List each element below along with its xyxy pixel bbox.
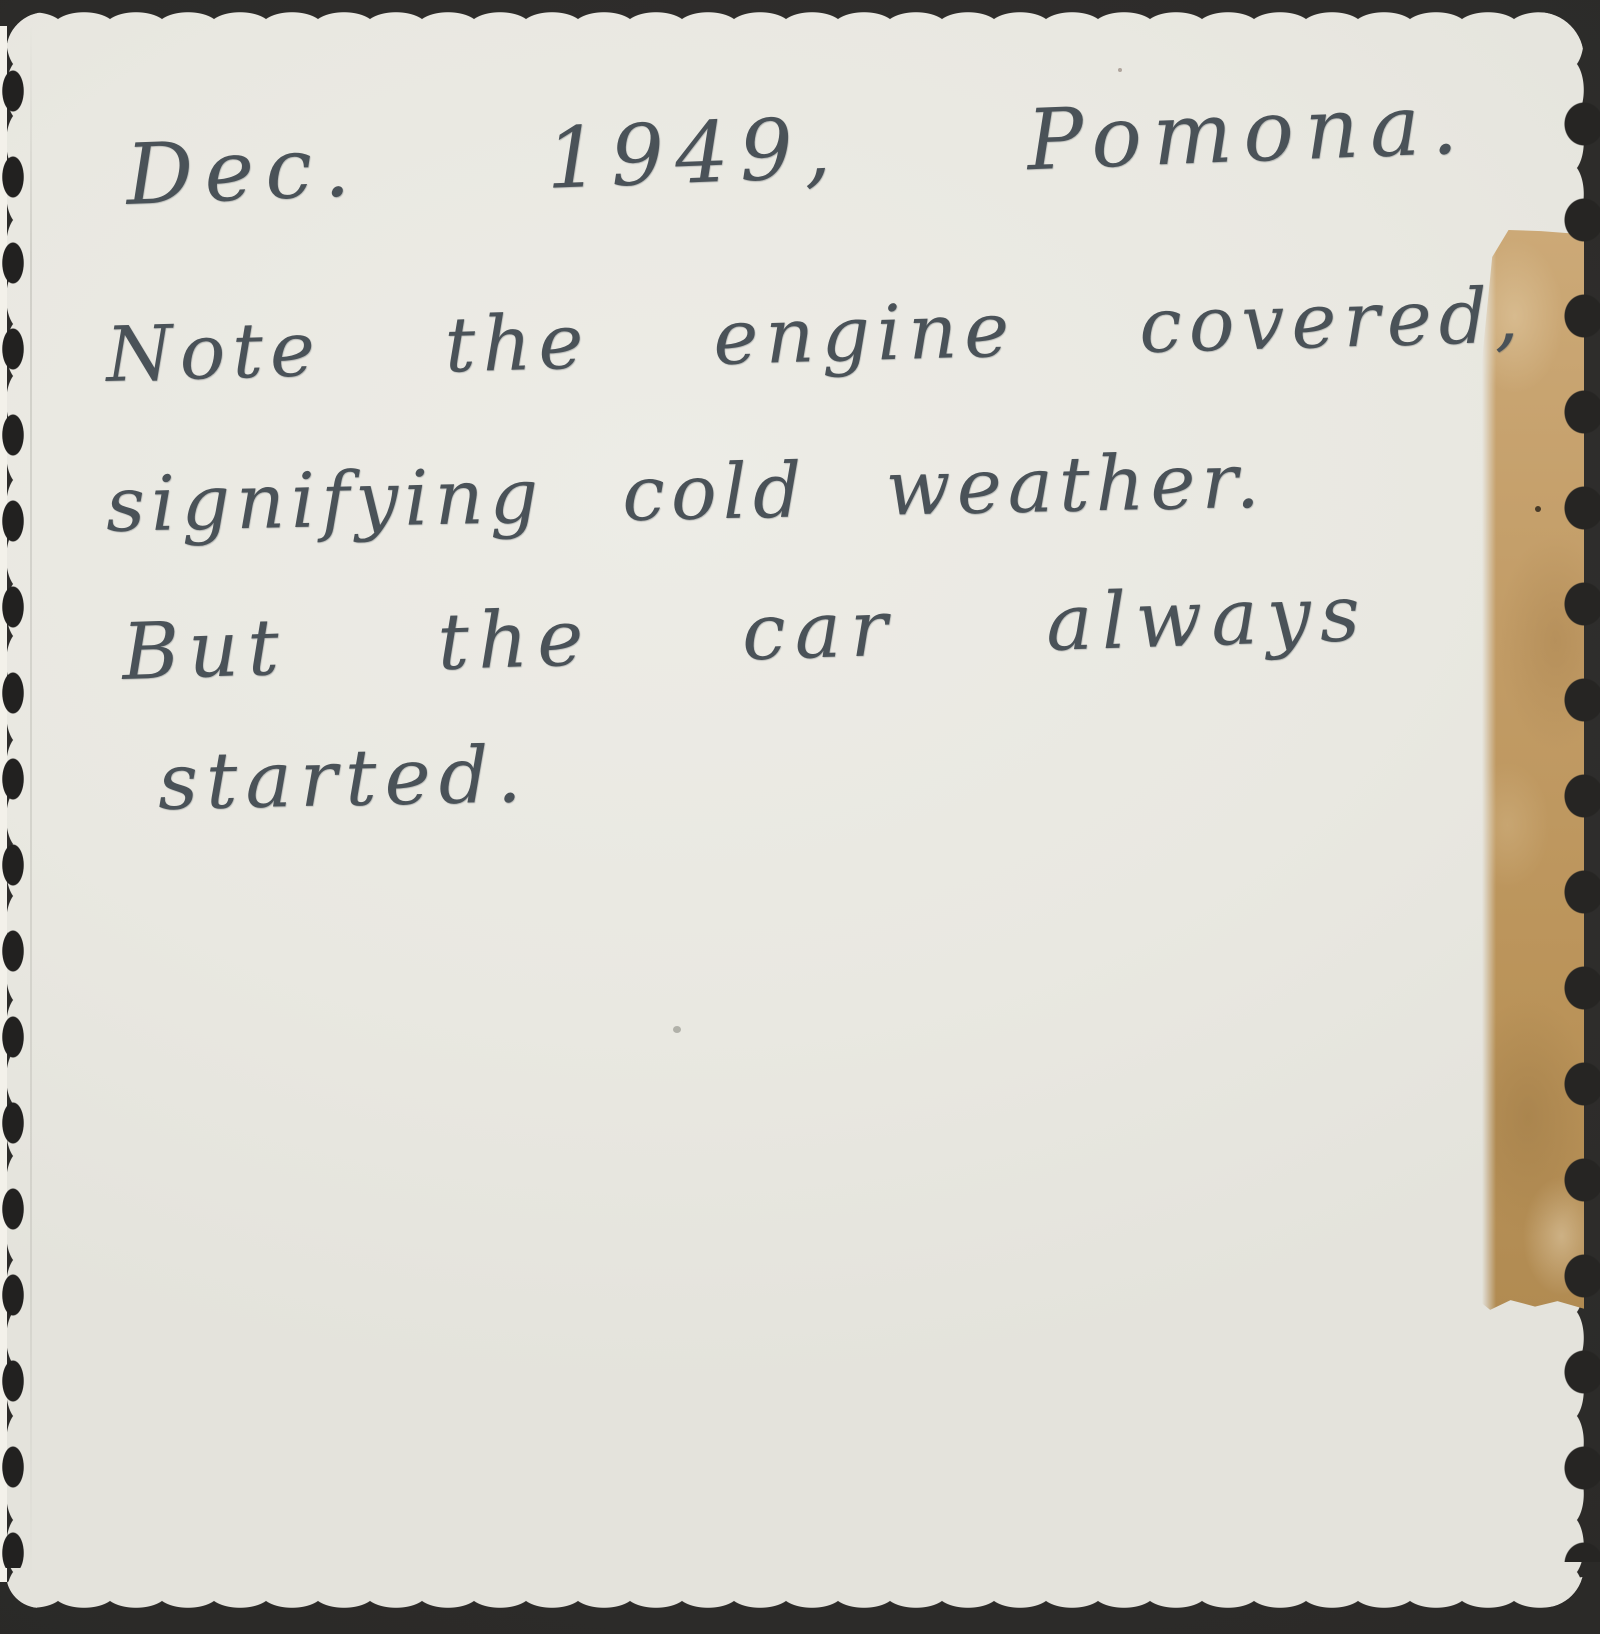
handwriting-note: Dec. 1949, Pomona. Note the engine cover…	[0, 0, 1600, 1634]
handwriting-line-5: started.	[157, 730, 530, 828]
handwriting-line-4: But the car always	[121, 569, 1371, 698]
handwriting-line-3: signifying cold weather.	[105, 436, 1266, 549]
scanned-photo-back: Dec. 1949, Pomona. Note the engine cover…	[0, 0, 1600, 1634]
handwriting-line-2: Note the engine covered,	[105, 270, 1527, 399]
dust-speck	[673, 1026, 681, 1033]
dust-speck	[1535, 506, 1541, 512]
handwriting-line-date-location: Dec. 1949, Pomona.	[124, 74, 1470, 224]
dust-speck	[1118, 68, 1122, 72]
deckle-notches-right	[1563, 62, 1600, 1562]
deckle-notches-left	[0, 48, 28, 1568]
